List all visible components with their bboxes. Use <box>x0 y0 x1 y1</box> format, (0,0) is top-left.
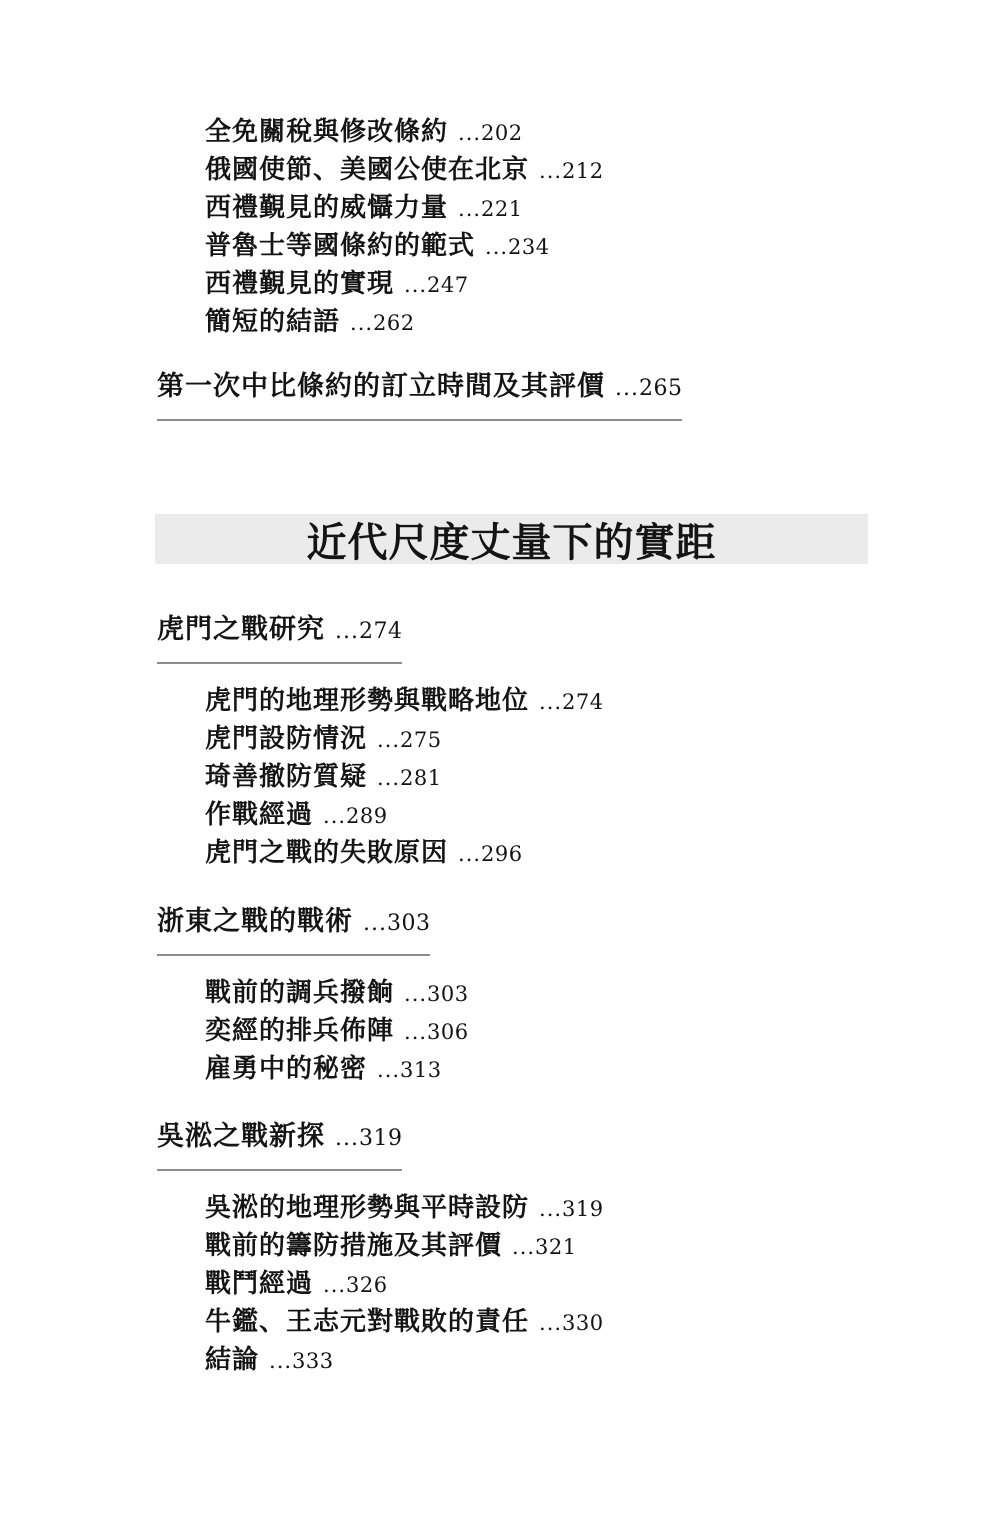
entry-page: ...275 <box>377 728 442 752</box>
section-heading-row: 第一次中比條約的訂立時間及其評價...265 <box>157 369 1000 421</box>
part-title: 近代尺度丈量下的實距 <box>307 511 717 568</box>
leader-dots: ... <box>458 842 481 866</box>
leader-dots: ... <box>323 804 346 828</box>
entry-page: ...333 <box>269 1349 334 1373</box>
toc-entry: 西禮覲見的實現...247 <box>205 266 1000 304</box>
entry-title: 結論 <box>205 1345 259 1375</box>
entry-page: ...274 <box>539 690 604 714</box>
section-title: 浙東之戰的戰術 <box>157 906 353 937</box>
leader-dots: ... <box>323 1273 346 1297</box>
section-entries-list: 虎門的地理形勢與戰略地位...274 虎門設防情況...275 琦善撤防質疑..… <box>205 683 1000 873</box>
page-number: 313 <box>400 1058 442 1082</box>
entry-page: ...289 <box>323 804 388 828</box>
part-title-band: 近代尺度丈量下的實距 <box>155 514 868 564</box>
entry-title: 虎門的地理形勢與戰略地位 <box>205 686 529 716</box>
section-entries-list: 戰前的調兵撥餉...303 奕經的排兵佈陣...306 雇勇中的秘密...313 <box>205 975 1000 1089</box>
entry-page: ...281 <box>377 766 442 790</box>
section-entries-list: 吳淞的地理形勢與平時設防...319 戰前的籌防措施及其評價...321 戰鬥經… <box>205 1190 1000 1380</box>
page-number: 262 <box>373 311 415 335</box>
section-heading: 吳淞之戰新探...319 <box>157 1119 402 1171</box>
leader-dots: ... <box>377 766 400 790</box>
leader-dots: ... <box>377 1058 400 1082</box>
leader-dots: ... <box>404 1020 427 1044</box>
page-number: 202 <box>481 121 523 145</box>
toc-entry: 虎門的地理形勢與戰略地位...274 <box>205 683 1000 721</box>
page-number: 221 <box>481 197 523 221</box>
entry-page: ...319 <box>539 1197 604 1221</box>
leader-dots: ... <box>404 982 427 1006</box>
page-number: 321 <box>535 1235 577 1259</box>
leader-dots: ... <box>485 235 508 259</box>
entry-page: ...326 <box>323 1273 388 1297</box>
entry-page: ...262 <box>350 311 415 335</box>
section-heading-row: 虎門之戰研究...274 <box>157 612 1000 664</box>
section-page: ...319 <box>335 1126 402 1151</box>
section-title: 吳淞之戰新探 <box>157 1121 325 1152</box>
toc-entry: 吳淞的地理形勢與平時設防...319 <box>205 1190 1000 1228</box>
page-number: 306 <box>427 1020 469 1044</box>
entry-page: ...321 <box>512 1235 577 1259</box>
page-number: 265 <box>639 376 683 401</box>
section-title: 虎門之戰研究 <box>157 614 325 645</box>
toc-entry: 戰前的籌防措施及其評價...321 <box>205 1228 1000 1266</box>
entry-page: ...303 <box>404 982 469 1006</box>
page-number: 274 <box>359 619 403 644</box>
entry-page: ...313 <box>377 1058 442 1082</box>
section-title: 第一次中比條約的訂立時間及其評價 <box>157 371 605 402</box>
toc-entry: 俄國使節、美國公使在北京...212 <box>205 152 1000 190</box>
toc-entry: 牛鑑、王志元對戰敗的責任...330 <box>205 1304 1000 1342</box>
page-number: 212 <box>562 159 604 183</box>
entry-title: 戰前的籌防措施及其評價 <box>205 1231 502 1261</box>
leader-dots: ... <box>539 159 562 183</box>
entry-title: 西禮覲見的實現 <box>205 269 394 299</box>
leader-dots: ... <box>335 1126 359 1151</box>
section-heading: 浙東之戰的戰術...303 <box>157 904 430 956</box>
entry-title: 簡短的結語 <box>205 307 340 337</box>
leader-dots: ... <box>458 121 481 145</box>
entry-title: 作戰經過 <box>205 800 313 830</box>
entry-page: ...221 <box>458 197 523 221</box>
intro-entries-list: 全免關稅與修改條約...202 俄國使節、美國公使在北京...212 西禮覲見的… <box>205 114 1000 342</box>
entry-title: 琦善撤防質疑 <box>205 762 367 792</box>
toc-entry: 奕經的排兵佈陣...306 <box>205 1013 1000 1051</box>
toc-entry: 作戰經過...289 <box>205 797 1000 835</box>
toc-entry: 虎門設防情況...275 <box>205 721 1000 759</box>
entry-title: 戰鬥經過 <box>205 1269 313 1299</box>
page-number: 247 <box>427 273 469 297</box>
toc-entry: 普魯士等國條約的範式...234 <box>205 228 1000 266</box>
entry-page: ...296 <box>458 842 523 866</box>
entry-page: ...306 <box>404 1020 469 1044</box>
leader-dots: ... <box>539 1311 562 1335</box>
page-number: 319 <box>562 1197 604 1221</box>
toc-entry: 琦善撤防質疑...281 <box>205 759 1000 797</box>
leader-dots: ... <box>615 376 639 401</box>
page-number: 296 <box>481 842 523 866</box>
toc-entry: 戰前的調兵撥餉...303 <box>205 975 1000 1013</box>
leader-dots: ... <box>539 690 562 714</box>
leader-dots: ... <box>512 1235 535 1259</box>
entry-title: 虎門設防情況 <box>205 724 367 754</box>
entry-title: 西禮覲見的威懾力量 <box>205 193 448 223</box>
toc-entry: 全免關稅與修改條約...202 <box>205 114 1000 152</box>
leader-dots: ... <box>363 911 387 936</box>
toc-entry: 結論...333 <box>205 1342 1000 1380</box>
entry-title: 雇勇中的秘密 <box>205 1054 367 1084</box>
section-heading-row: 吳淞之戰新探...319 <box>157 1119 1000 1171</box>
leader-dots: ... <box>539 1197 562 1221</box>
toc-entry: 雇勇中的秘密...313 <box>205 1051 1000 1089</box>
section-heading: 第一次中比條約的訂立時間及其評價...265 <box>157 369 682 421</box>
page-number: 274 <box>562 690 604 714</box>
leader-dots: ... <box>350 311 373 335</box>
entry-page: ...212 <box>539 159 604 183</box>
section-page: ...265 <box>615 376 682 401</box>
section-heading: 虎門之戰研究...274 <box>157 612 402 664</box>
leader-dots: ... <box>335 619 359 644</box>
leader-dots: ... <box>404 273 427 297</box>
page-number: 303 <box>427 982 469 1006</box>
entry-page: ...234 <box>485 235 550 259</box>
entry-title: 虎門之戰的失敗原因 <box>205 838 448 868</box>
page-number: 289 <box>346 804 388 828</box>
entry-title: 俄國使節、美國公使在北京 <box>205 155 529 185</box>
toc-entry: 西禮覲見的威懾力量...221 <box>205 190 1000 228</box>
page-number: 234 <box>508 235 550 259</box>
entry-title: 牛鑑、王志元對戰敗的責任 <box>205 1307 529 1337</box>
toc-entry: 簡短的結語...262 <box>205 304 1000 342</box>
leader-dots: ... <box>269 1349 292 1373</box>
toc-entry: 虎門之戰的失敗原因...296 <box>205 835 1000 873</box>
page-number: 326 <box>346 1273 388 1297</box>
page-number: 303 <box>387 911 431 936</box>
entry-title: 奕經的排兵佈陣 <box>205 1016 394 1046</box>
page-number: 281 <box>400 766 442 790</box>
toc-page: 全免關稅與修改條約...202 俄國使節、美國公使在北京...212 西禮覲見的… <box>0 0 1000 1513</box>
section-heading-row: 浙東之戰的戰術...303 <box>157 904 1000 956</box>
page-number: 330 <box>562 1311 604 1335</box>
leader-dots: ... <box>377 728 400 752</box>
entry-page: ...247 <box>404 273 469 297</box>
page-number: 333 <box>292 1349 334 1373</box>
toc-entry: 戰鬥經過...326 <box>205 1266 1000 1304</box>
section-page: ...303 <box>363 911 430 936</box>
entry-title: 普魯士等國條約的範式 <box>205 231 475 261</box>
page-number: 319 <box>359 1126 403 1151</box>
toc-content: 全免關稅與修改條約...202 俄國使節、美國公使在北京...212 西禮覲見的… <box>0 0 1000 1380</box>
entry-page: ...330 <box>539 1311 604 1335</box>
section-page: ...274 <box>335 619 402 644</box>
entry-title: 全免關稅與修改條約 <box>205 117 448 147</box>
leader-dots: ... <box>458 197 481 221</box>
entry-title: 戰前的調兵撥餉 <box>205 978 394 1008</box>
entry-page: ...202 <box>458 121 523 145</box>
page-number: 275 <box>400 728 442 752</box>
entry-title: 吳淞的地理形勢與平時設防 <box>205 1193 529 1223</box>
